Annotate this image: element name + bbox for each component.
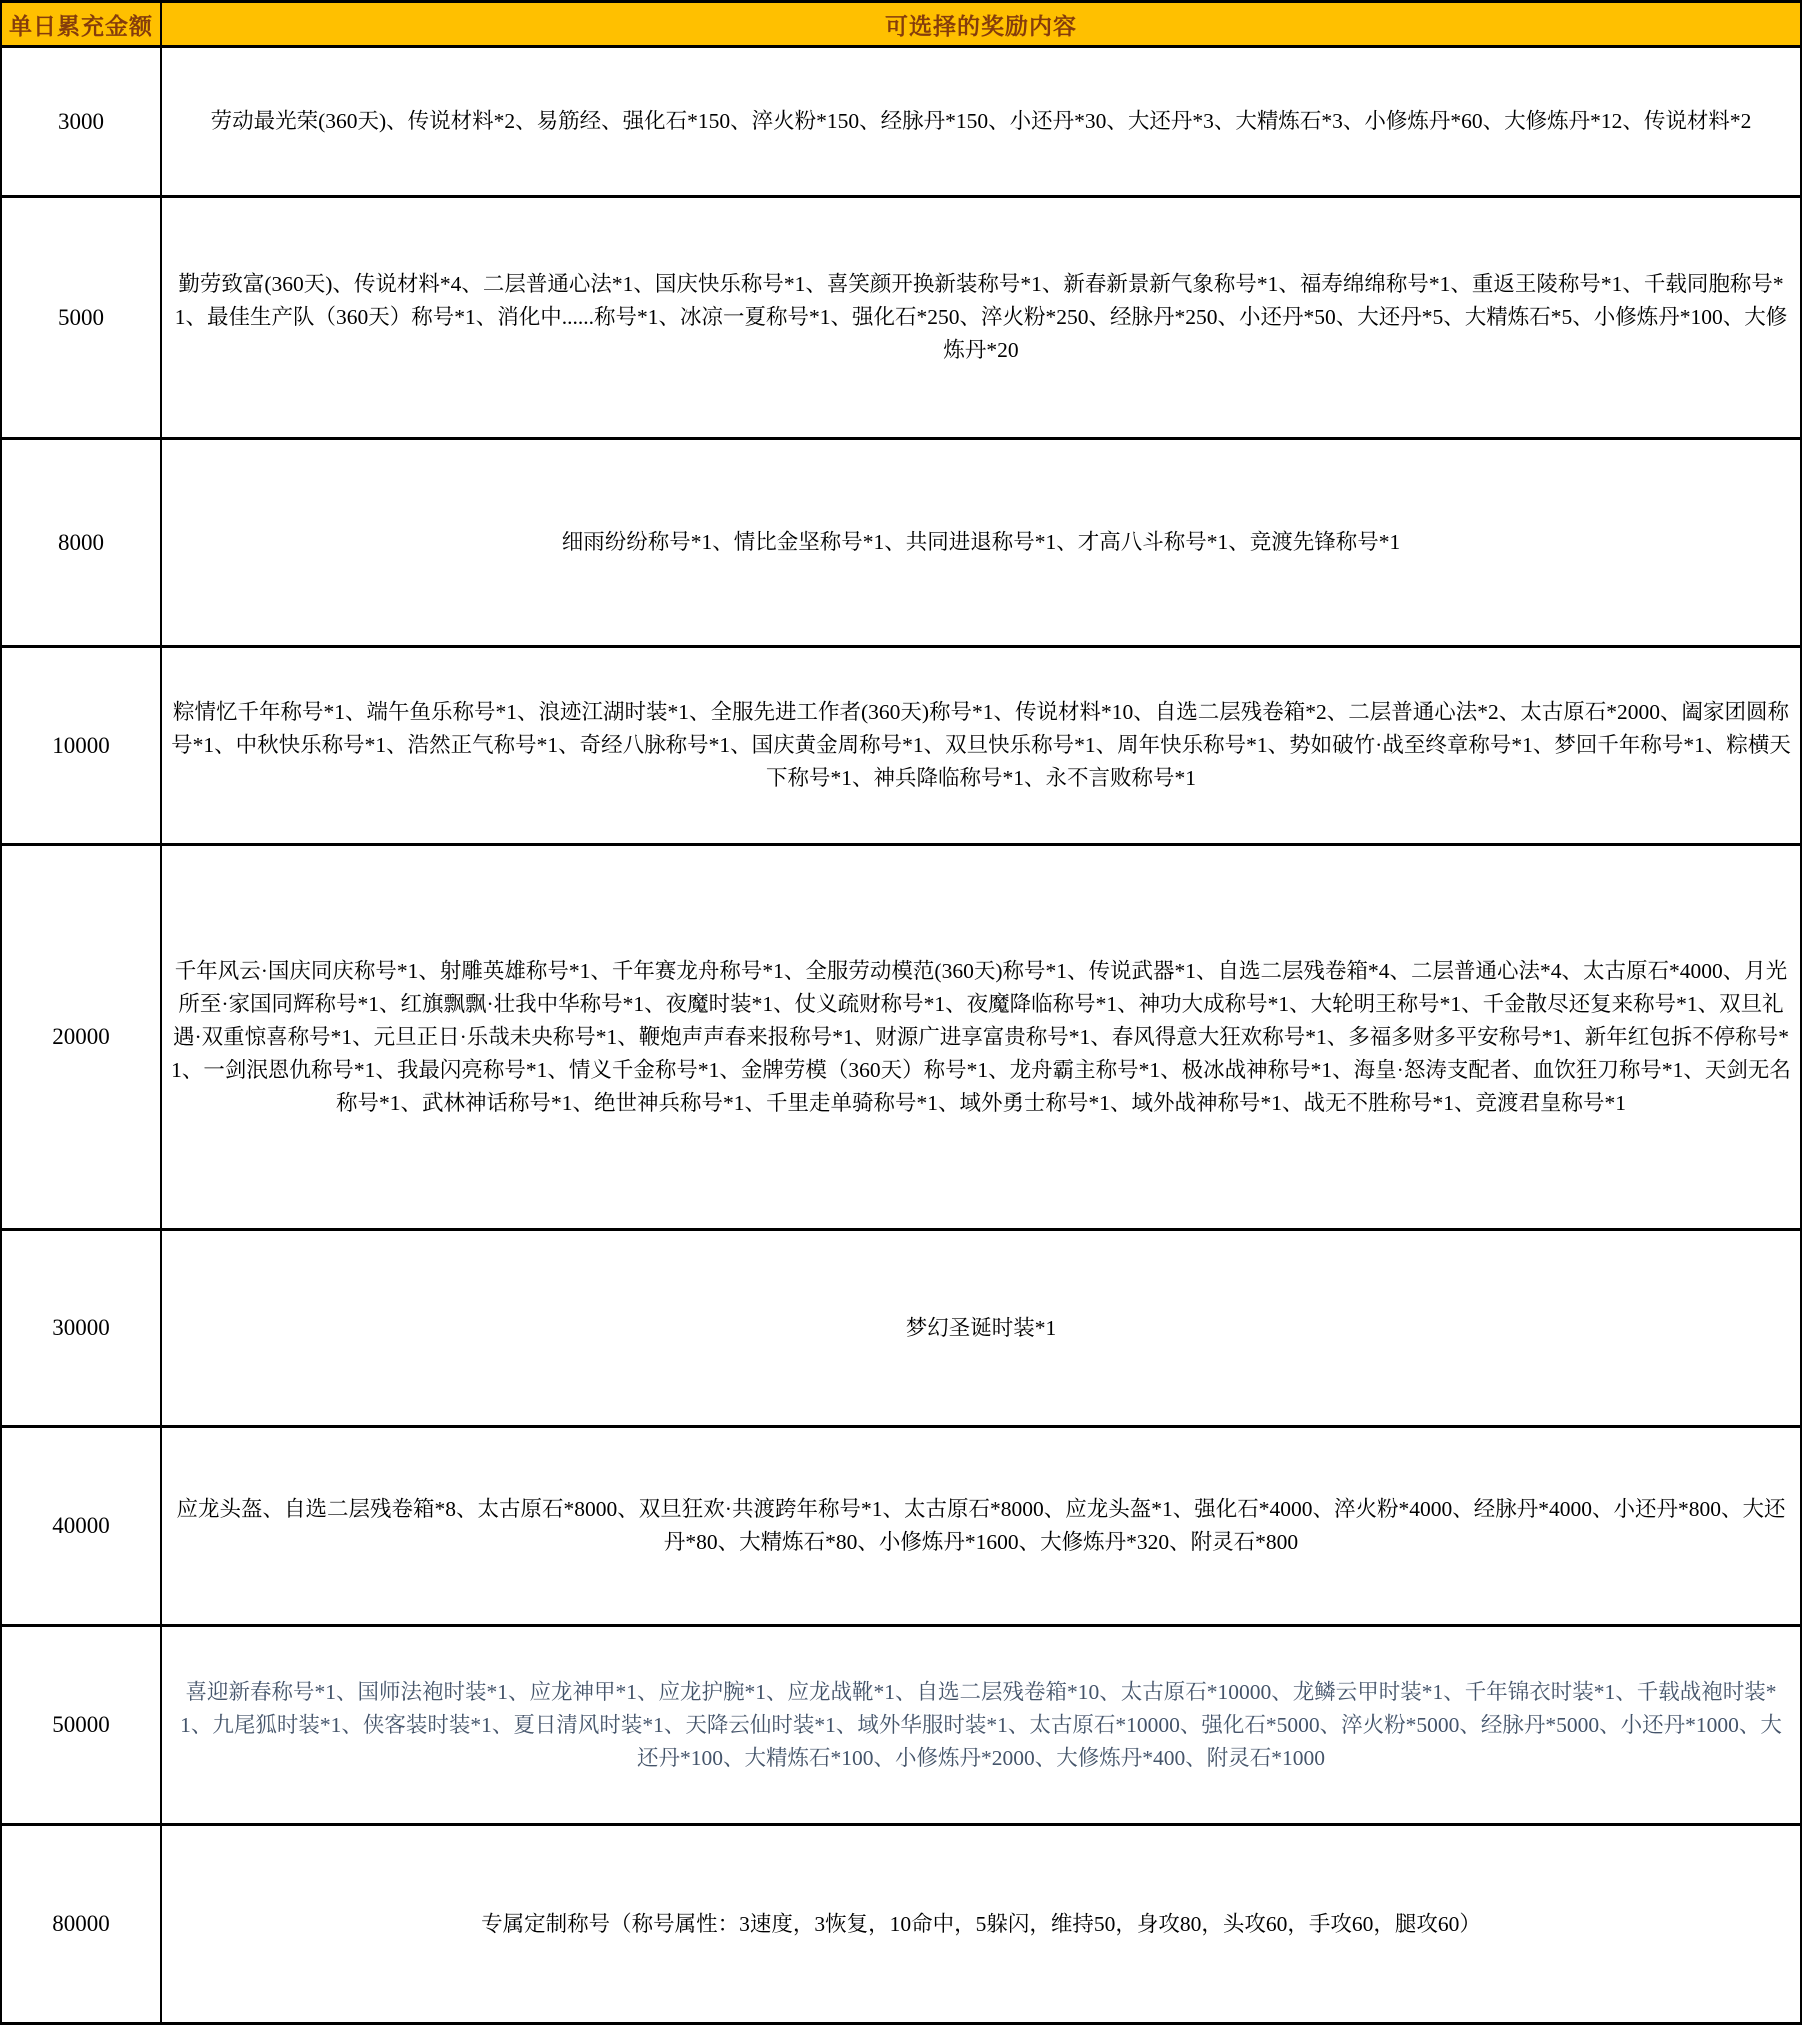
recharge-reward-sheet: 单日累充金额 可选择的奖励内容 3000 劳动最光荣(360天)、传说材料*2、… bbox=[0, 0, 1802, 2025]
reward-cell: 应龙头盔、自选二层残卷箱*8、太古原石*8000、双旦狂欢·共渡跨年称号*1、太… bbox=[161, 1427, 1801, 1626]
reward-cell: 粽情忆千年称号*1、端午鱼乐称号*1、浪迹江湖时装*1、全服先进工作者(360天… bbox=[161, 647, 1801, 845]
table-row: 3000 劳动最光荣(360天)、传说材料*2、易筋经、强化石*150、淬火粉*… bbox=[1, 47, 1801, 197]
table-row: 8000 细雨纷纷称号*1、情比金坚称号*1、共同进退称号*1、才高八斗称号*1… bbox=[1, 439, 1801, 647]
reward-cell: 专属定制称号（称号属性：3速度，3恢复，10命中，5躲闪，维持50，身攻80，头… bbox=[161, 1825, 1801, 2024]
amount-column-header: 单日累充金额 bbox=[1, 2, 161, 47]
amount-cell: 30000 bbox=[1, 1230, 161, 1427]
table-row: 5000 勤劳致富(360天)、传说材料*4、二层普通心法*1、国庆快乐称号*1… bbox=[1, 197, 1801, 439]
table-row: 10000 粽情忆千年称号*1、端午鱼乐称号*1、浪迹江湖时装*1、全服先进工作… bbox=[1, 647, 1801, 845]
reward-cell: 劳动最光荣(360天)、传说材料*2、易筋经、强化石*150、淬火粉*150、经… bbox=[161, 47, 1801, 197]
reward-column-header: 可选择的奖励内容 bbox=[161, 2, 1801, 47]
reward-cell: 梦幻圣诞时装*1 bbox=[161, 1230, 1801, 1427]
reward-cell: 喜迎新春称号*1、国师法袍时装*1、应龙神甲*1、应龙护腕*1、应龙战靴*1、自… bbox=[161, 1626, 1801, 1825]
table-header-row: 单日累充金额 可选择的奖励内容 bbox=[1, 2, 1801, 47]
amount-cell: 50000 bbox=[1, 1626, 161, 1825]
reward-table-body: 3000 劳动最光荣(360天)、传说材料*2、易筋经、强化石*150、淬火粉*… bbox=[1, 47, 1801, 2024]
table-row: 30000 梦幻圣诞时装*1 bbox=[1, 1230, 1801, 1427]
recharge-reward-table: 单日累充金额 可选择的奖励内容 3000 劳动最光荣(360天)、传说材料*2、… bbox=[0, 0, 1802, 2025]
amount-cell: 40000 bbox=[1, 1427, 161, 1626]
table-row: 80000 专属定制称号（称号属性：3速度，3恢复，10命中，5躲闪，维持50，… bbox=[1, 1825, 1801, 2024]
table-row: 20000 千年风云·国庆同庆称号*1、射雕英雄称号*1、千年赛龙舟称号*1、全… bbox=[1, 845, 1801, 1230]
amount-cell: 10000 bbox=[1, 647, 161, 845]
amount-cell: 80000 bbox=[1, 1825, 161, 2024]
amount-cell: 3000 bbox=[1, 47, 161, 197]
amount-cell: 5000 bbox=[1, 197, 161, 439]
amount-cell: 20000 bbox=[1, 845, 161, 1230]
table-row: 40000 应龙头盔、自选二层残卷箱*8、太古原石*8000、双旦狂欢·共渡跨年… bbox=[1, 1427, 1801, 1626]
table-row: 50000 喜迎新春称号*1、国师法袍时装*1、应龙神甲*1、应龙护腕*1、应龙… bbox=[1, 1626, 1801, 1825]
reward-cell: 勤劳致富(360天)、传说材料*4、二层普通心法*1、国庆快乐称号*1、喜笑颜开… bbox=[161, 197, 1801, 439]
amount-cell: 8000 bbox=[1, 439, 161, 647]
reward-cell: 千年风云·国庆同庆称号*1、射雕英雄称号*1、千年赛龙舟称号*1、全服劳动模范(… bbox=[161, 845, 1801, 1230]
reward-cell: 细雨纷纷称号*1、情比金坚称号*1、共同进退称号*1、才高八斗称号*1、竞渡先锋… bbox=[161, 439, 1801, 647]
